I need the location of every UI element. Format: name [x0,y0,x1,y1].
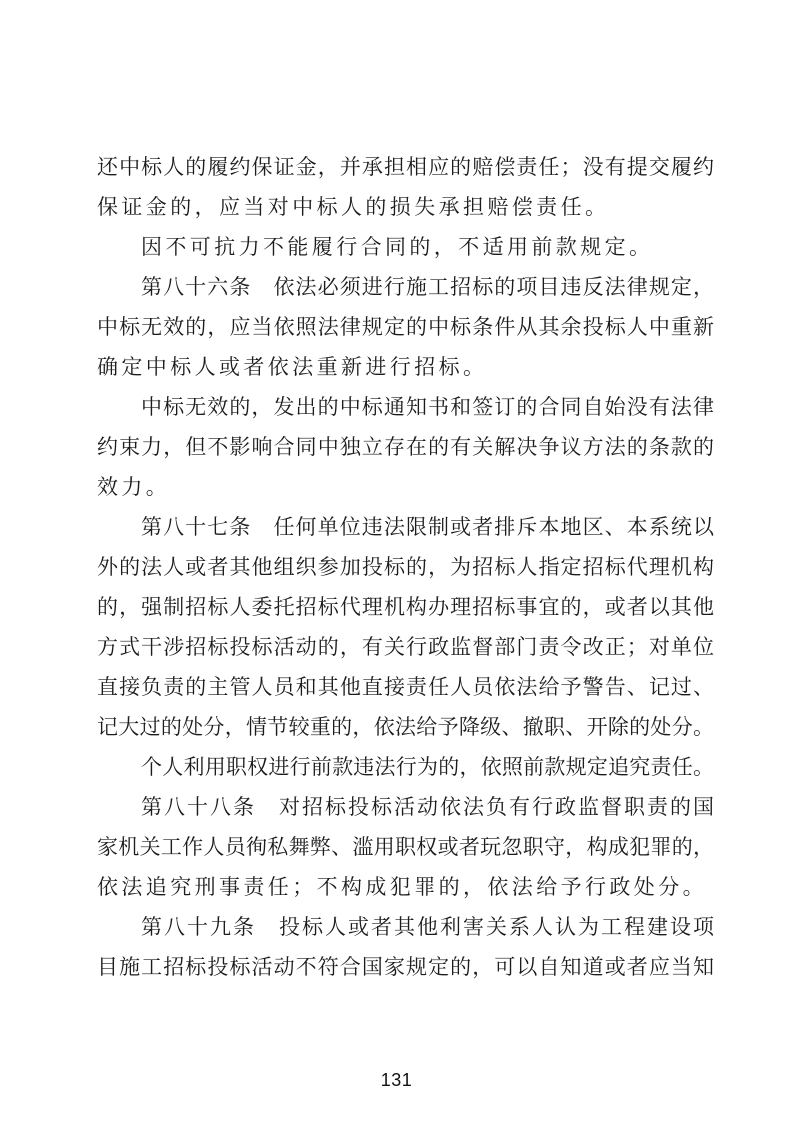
text-line: 记大过的处分，情节较重的，依法给予降级、撤职、开除的处分。 [97,707,714,747]
page-footer: 131 [0,1070,793,1091]
document-page: 还中标人的履约保证金，并承担相应的赔偿责任；没有提交履约保证金的，应当对中标人的… [0,0,793,1122]
text-line: 外的法人或者其他组织参加投标的，为招标人指定招标代理机构 [97,547,714,587]
text-line: 确定中标人或者依法重新进行招标。 [97,347,714,387]
text-line: 效力。 [97,467,714,507]
text-line: 第八十六条 依法必须进行施工招标的项目违反法律规定， [97,267,714,307]
text-line: 家机关工作人员徇私舞弊、滥用职权或者玩忽职守，构成犯罪的， [97,827,714,867]
text-line: 还中标人的履约保证金，并承担相应的赔偿责任；没有提交履约 [97,147,714,187]
text-line: 目施工招标投标活动不符合国家规定的，可以自知道或者应当知 [97,947,714,987]
text-line: 中标无效的，发出的中标通知书和签订的合同自始没有法律 [97,387,714,427]
page-number: 131 [381,1070,413,1090]
text-line: 方式干涉招标投标活动的，有关行政监督部门责令改正；对单位 [97,627,714,667]
text-line: 依法追究刑事责任；不构成犯罪的，依法给予行政处分。 [97,867,714,907]
text-line: 个人利用职权进行前款违法行为的，依照前款规定追究责任。 [97,747,714,787]
text-line: 第八十八条 对招标投标活动依法负有行政监督职责的国 [97,787,714,827]
text-line: 直接负责的主管人员和其他直接责任人员依法给予警告、记过、 [97,667,714,707]
text-line: 第八十九条 投标人或者其他利害关系人认为工程建设项 [97,907,714,947]
text-line: 第八十七条 任何单位违法限制或者排斥本地区、本系统以 [97,507,714,547]
text-line: 因不可抗力不能履行合同的，不适用前款规定。 [97,227,714,267]
legal-text-body: 还中标人的履约保证金，并承担相应的赔偿责任；没有提交履约保证金的，应当对中标人的… [97,147,714,987]
text-line: 的，强制招标人委托招标代理机构办理招标事宜的，或者以其他 [97,587,714,627]
text-line: 保证金的，应当对中标人的损失承担赔偿责任。 [97,187,714,227]
text-line: 约束力，但不影响合同中独立存在的有关解决争议方法的条款的 [97,427,714,467]
text-line: 中标无效的，应当依照法律规定的中标条件从其余投标人中重新 [97,307,714,347]
